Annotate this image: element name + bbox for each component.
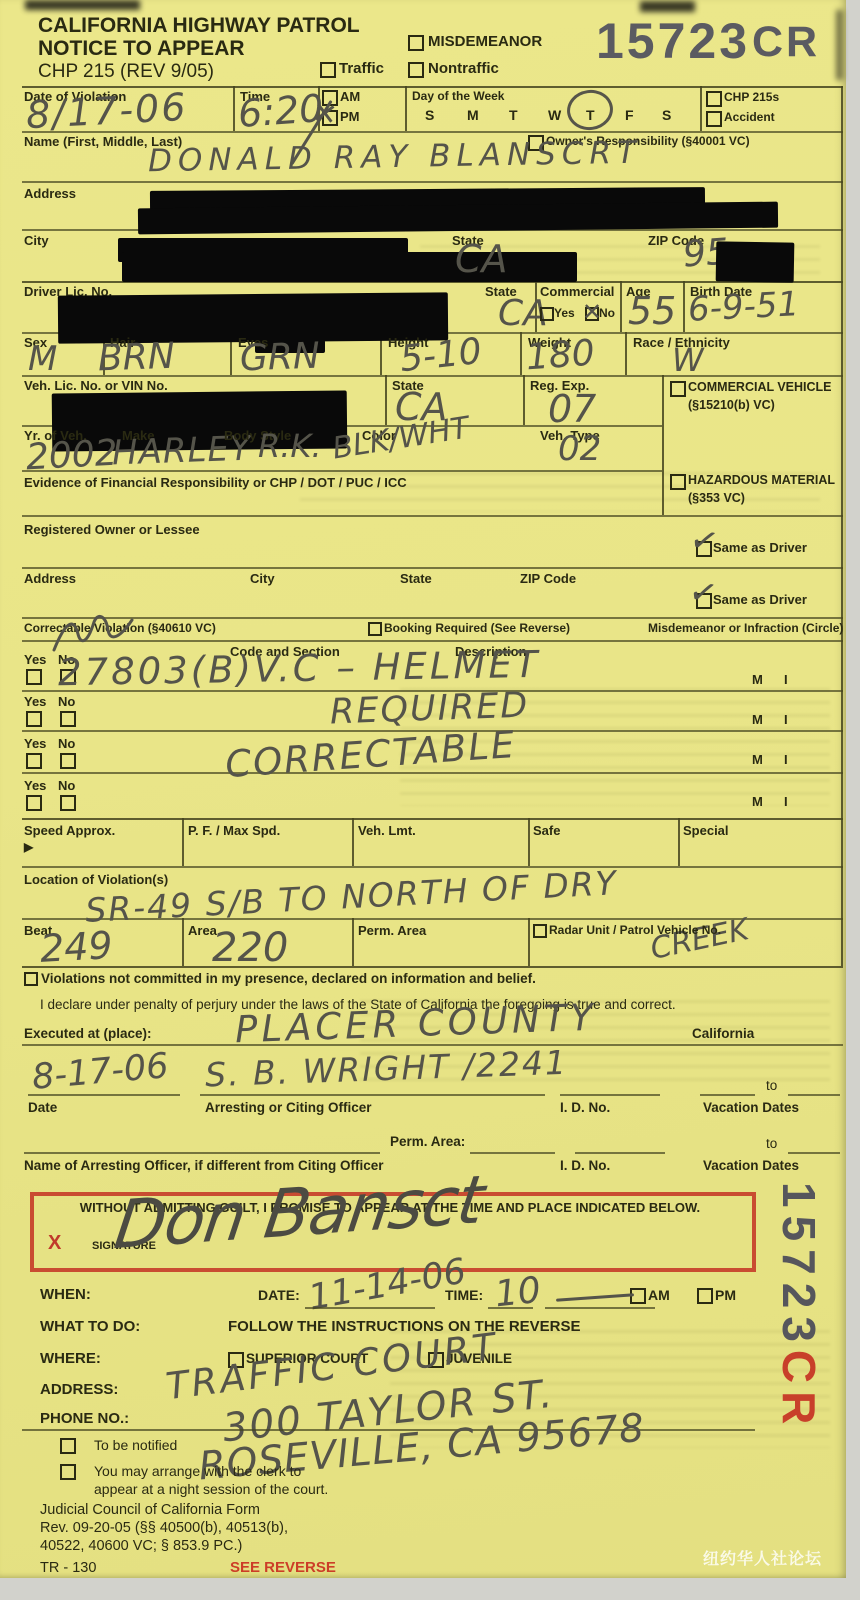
- scan-smudge: [640, 1, 695, 12]
- hazmat-checkbox: [670, 474, 686, 490]
- veh-type-value: 02: [558, 432, 601, 466]
- no-checkbox-2: [60, 711, 76, 727]
- commercial-yes-label: Yes: [554, 306, 575, 320]
- form-revision: CHP 215 (REV 9/05): [38, 61, 214, 83]
- city-label: City: [24, 233, 49, 248]
- m-label-1: M: [752, 672, 763, 687]
- to-label-2: to: [766, 1136, 777, 1151]
- radar-label: Radar Unit / Patrol Vehicle No.: [549, 923, 721, 937]
- alt-id-no-caption: I. D. No.: [560, 1158, 610, 1173]
- day-t1: T: [509, 107, 518, 123]
- commercial-vehicle-label: COMMERCIAL VEHICLE: [688, 380, 832, 394]
- hazmat-code: (§353 VC): [688, 491, 745, 505]
- violation-code-1: 27803(B)V.C – HELMET: [58, 646, 541, 691]
- to-be-notified-label: To be notified: [94, 1437, 177, 1453]
- beat-value: 249: [39, 926, 113, 968]
- scan-smudge: [25, 0, 140, 10]
- when-pm-label: PM: [715, 1287, 736, 1303]
- speed-approx-label: Speed Approx.: [24, 823, 115, 838]
- page-watermark: 纽约华人社论坛: [703, 1546, 822, 1569]
- speed-arrow: ▶: [24, 840, 33, 854]
- redaction-bar: [122, 252, 577, 282]
- pf-max-spd-label: P. F. / Max Spd.: [188, 823, 280, 838]
- when-am-checkbox: [630, 1288, 646, 1304]
- redaction-bar: [716, 241, 795, 282]
- perm-area-caption: Perm. Area:: [390, 1134, 465, 1149]
- commercial-yes-checkbox: [540, 307, 554, 321]
- body-style-value: R.K.: [258, 430, 322, 462]
- race-value: W: [672, 344, 704, 376]
- hazmat-label: HAZARDOUS MATERIAL: [688, 473, 835, 487]
- veh-lmt-label: Veh. Lmt.: [358, 823, 416, 838]
- traffic-checkbox: [320, 62, 336, 78]
- day-f: F: [625, 107, 634, 123]
- signature-x: X: [48, 1232, 61, 1255]
- birth-date-value: 6-9-51: [687, 287, 800, 327]
- safe-label: Safe: [533, 823, 560, 838]
- date-of-violation-value: 8/17-06: [25, 88, 188, 134]
- i-label-4: I: [784, 794, 788, 809]
- alt-vacation-caption: Vacation Dates: [703, 1158, 799, 1173]
- m-label-2: M: [752, 712, 763, 727]
- owner-city-label: City: [250, 571, 275, 586]
- i-label-3: I: [784, 752, 788, 767]
- no-label-4: No: [58, 778, 75, 793]
- age-value: 55: [628, 292, 676, 330]
- when-label: WHEN:: [40, 1286, 91, 1303]
- same-as-driver-label-1: Same as Driver: [713, 540, 807, 555]
- same-as-driver-label-2: Same as Driver: [713, 592, 807, 607]
- no-checkbox-3: [60, 753, 76, 769]
- day-s1: S: [425, 107, 434, 123]
- yes-checkbox-3: [26, 753, 42, 769]
- footer-line1: Judicial Council of California Form: [40, 1502, 260, 1518]
- commercial-vehicle-checkbox: [670, 381, 686, 397]
- see-reverse-label: SEE REVERSE: [230, 1559, 336, 1576]
- what-to-do-value: FOLLOW THE INSTRUCTIONS ON THE REVERSE: [228, 1318, 581, 1335]
- address-field-label: ADDRESS:: [40, 1381, 118, 1398]
- nontraffic-checkbox: [408, 62, 424, 78]
- location-label: Location of Violation(s): [24, 872, 168, 887]
- booking-required-label: Booking Required (See Reverse): [384, 621, 570, 635]
- owner-state-label: State: [400, 571, 432, 586]
- eyes-value: GRN: [239, 339, 320, 378]
- accident-checkbox: [706, 111, 722, 127]
- m-label-3: M: [752, 752, 763, 767]
- where-label: WHERE:: [40, 1350, 101, 1367]
- id-no-caption: I. D. No.: [560, 1100, 610, 1115]
- accident-label: Accident: [724, 110, 775, 124]
- when-pm-checkbox: [697, 1288, 713, 1304]
- side-citation-number: 15723CR: [772, 1182, 826, 1502]
- misdemeanor-infraction-label: Misdemeanor or Infraction (Circle): [648, 621, 843, 635]
- name-value: DONALD RAY BLANSCRT: [148, 138, 642, 178]
- owner-zip-label: ZIP Code: [520, 571, 576, 586]
- california-label: California: [692, 1026, 754, 1041]
- no-label-2: No: [58, 694, 75, 709]
- nontraffic-label: Nontraffic: [428, 60, 499, 77]
- officer-caption: Arresting or Citing Officer: [205, 1100, 372, 1115]
- special-label: Special: [683, 823, 729, 838]
- reg-exp-value: 07: [548, 390, 596, 428]
- height-value: 5-10: [398, 334, 483, 378]
- no-label-3: No: [58, 736, 75, 751]
- owner-address-label: Address: [24, 571, 76, 586]
- chp215s-label: CHP 215s: [724, 90, 779, 104]
- address-label: Address: [24, 186, 76, 201]
- city-state-value: CA: [455, 240, 508, 278]
- footer-line3: 40522, 40600 VC; § 853.9 PC.): [40, 1538, 242, 1554]
- commercial-no-checkmark: ✕: [582, 300, 602, 324]
- to-label-1: to: [766, 1078, 777, 1093]
- night-session-line1: You may arrange with the clerk to: [94, 1463, 301, 1479]
- radar-checkbox: [533, 924, 547, 938]
- area-value: 220: [212, 928, 288, 968]
- sex-value: M: [28, 342, 57, 376]
- form-title: NOTICE TO APPEAR: [38, 37, 245, 61]
- no-checkbox-4: [60, 795, 76, 811]
- to-be-notified-checkbox: [60, 1438, 76, 1454]
- commercial-vehicle-code: (§15210(b) VC): [688, 398, 775, 412]
- am-label: AM: [340, 89, 360, 104]
- m-label-4: M: [752, 794, 763, 809]
- misdemeanor-checkbox: [408, 35, 424, 51]
- hair-value: BRN: [97, 339, 175, 378]
- traffic-label: Traffic: [339, 60, 384, 77]
- vehicle-license-label: Veh. Lic. No. or VIN No.: [24, 378, 168, 393]
- agency-title: CALIFORNIA HIGHWAY PATROL: [38, 14, 360, 38]
- scan-smudge: [836, 10, 843, 80]
- yes-label-3: Yes: [24, 736, 46, 751]
- booking-required-checkbox: [368, 622, 382, 636]
- yes-label-2: Yes: [24, 694, 46, 709]
- day-w: W: [548, 107, 561, 123]
- perm-area-label: Perm. Area: [358, 923, 426, 938]
- when-am-label: AM: [648, 1287, 670, 1303]
- yes-label-4: Yes: [24, 778, 46, 793]
- yes-checkbox-2: [26, 711, 42, 727]
- day-m: M: [467, 107, 479, 123]
- vacation-dates-caption: Vacation Dates: [703, 1100, 799, 1115]
- pm-label: PM: [340, 109, 360, 124]
- yes-checkbox-1: [26, 669, 42, 685]
- yes-checkbox-4: [26, 795, 42, 811]
- weight-value: 180: [525, 336, 596, 377]
- i-label-2: I: [784, 712, 788, 727]
- financial-responsibility-label: Evidence of Financial Responsibility or …: [24, 475, 407, 490]
- what-to-do-label: WHAT TO DO:: [40, 1318, 140, 1335]
- night-session-line2: appear at a night session of the court.: [94, 1481, 328, 1497]
- commercial-label: Commercial: [540, 284, 614, 299]
- when-date-label: DATE:: [258, 1287, 300, 1303]
- registered-owner-label: Registered Owner or Lessee: [24, 522, 200, 537]
- phone-label: PHONE NO.:: [40, 1410, 129, 1427]
- night-session-checkbox: [60, 1464, 76, 1480]
- chp215s-checkbox: [706, 91, 722, 107]
- yes-label-1: Yes: [24, 652, 46, 667]
- citation-number: 15723: [596, 12, 750, 70]
- date-caption: Date: [28, 1100, 57, 1115]
- side-suffix: CR: [773, 1350, 825, 1432]
- day-s2: S: [662, 107, 671, 123]
- footer-line2: Rev. 09-20-05 (§§ 40500(b), 40513(b),: [40, 1520, 288, 1536]
- year-value: 2002: [25, 436, 118, 477]
- day-of-week-label: Day of the Week: [412, 89, 504, 103]
- executed-at-label: Executed at (place):: [24, 1026, 152, 1041]
- when-time-label: TIME:: [445, 1287, 483, 1303]
- not-committed-checkbox: [24, 972, 38, 986]
- form-number: TR - 130: [40, 1560, 96, 1576]
- citation-suffix: CR: [752, 18, 820, 67]
- not-committed-label: Violations not committed in my presence,…: [41, 971, 536, 986]
- side-number: 15723: [773, 1182, 825, 1350]
- misdemeanor-label: MISDEMEANOR: [428, 33, 542, 50]
- i-label-1: I: [784, 672, 788, 687]
